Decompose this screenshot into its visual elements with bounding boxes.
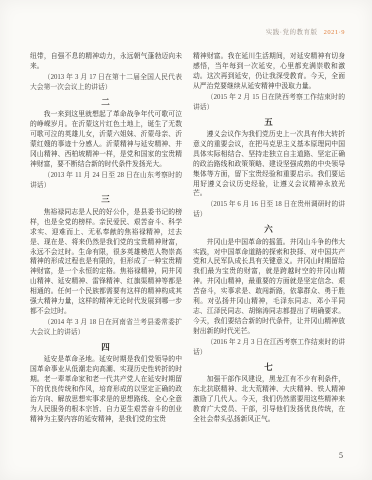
body-paragraph: 延安是革命圣地。延安时期是我们党领导的中国革命事业从低潮走向高潮、实现历史性转折… (30, 355, 182, 424)
body-paragraph: 遵义会议作为我们党历史上一次具有伟大转折意义的重要会议，在把马克思主义基本原理同… (193, 130, 345, 199)
section-heading: 六 (193, 223, 345, 235)
source-citation: （2015 年 6 月 16 日至 18 日在贵州调研时的讲话） (193, 200, 345, 220)
section-heading: 五 (193, 116, 345, 128)
left-column: 纽带，自强不息的精神动力，永远朝气蓬勃迈向未来。（2013 年 3 月 17 日… (30, 52, 182, 425)
source-citation: （2015 年 2 月 15 日在陕西考察工作结束时的讲话） (193, 93, 345, 113)
body-paragraph: 纽带，自强不息的精神动力，永远朝气蓬勃迈向未来。 (30, 52, 182, 72)
body-paragraph: 焦裕禄同志是人民的好公仆，是县委书记的榜样，也是全党的榜样。亲民爱民、艰苦奋斗、… (30, 208, 182, 317)
source-citation: （2014 年 3 月 18 日在河南省兰考县委常委扩大会议上的讲话） (30, 318, 182, 338)
page-number: 5 (339, 451, 343, 460)
issue-number: 2021·9 (324, 29, 345, 36)
section-heading: 三 (30, 193, 182, 205)
body-paragraph: 井冈山是中国革命的摇篮。井冈山斗争的伟大实践，对中国革命道路的探索和抉择、对中国… (193, 238, 345, 337)
source-citation: （2016 年 2 月 3 日在江西考察工作结束时的讲话） (193, 338, 345, 358)
source-citation: （2013 年 3 月 17 日在第十二届全国人民代表大会第一次会议上的讲话） (30, 73, 182, 93)
magazine-page: 实践·党的教育版 2021·9 纽带，自强不息的精神动力，永远朝气蓬勃迈向未来。… (0, 0, 372, 480)
section-heading: 七 (193, 361, 345, 373)
body-paragraph: 加强干部作风建设，黑龙江有不少有利条件，东北抗联精神、北大荒精神、大庆精神、铁人… (193, 375, 345, 425)
body-paragraph: 我一来到这里就想起了革命战争年代可歌可泣的峥嵘岁月。在沂蒙这片红色土地上，诞生了… (30, 110, 182, 170)
text-columns: 纽带，自强不息的精神动力，永远朝气蓬勃迈向未来。（2013 年 3 月 17 日… (30, 52, 345, 425)
right-column: 精神财富。我在延川生活期间，对延安精神有切身感悟，当年每到一次延安，心里都充满崇… (193, 52, 345, 425)
running-head: 实践·党的教育版 2021·9 (266, 27, 345, 36)
source-citation: （2013 年 11 月 24 日至 28 日在山东考察时的讲话） (30, 171, 182, 191)
journal-title: 实践·党的教育版 (266, 29, 318, 36)
section-heading: 四 (30, 341, 182, 353)
body-paragraph: 精神财富。我在延川生活期间，对延安精神有切身感悟，当年每到一次延安，心里都充满崇… (193, 52, 345, 92)
section-heading: 二 (30, 96, 182, 108)
